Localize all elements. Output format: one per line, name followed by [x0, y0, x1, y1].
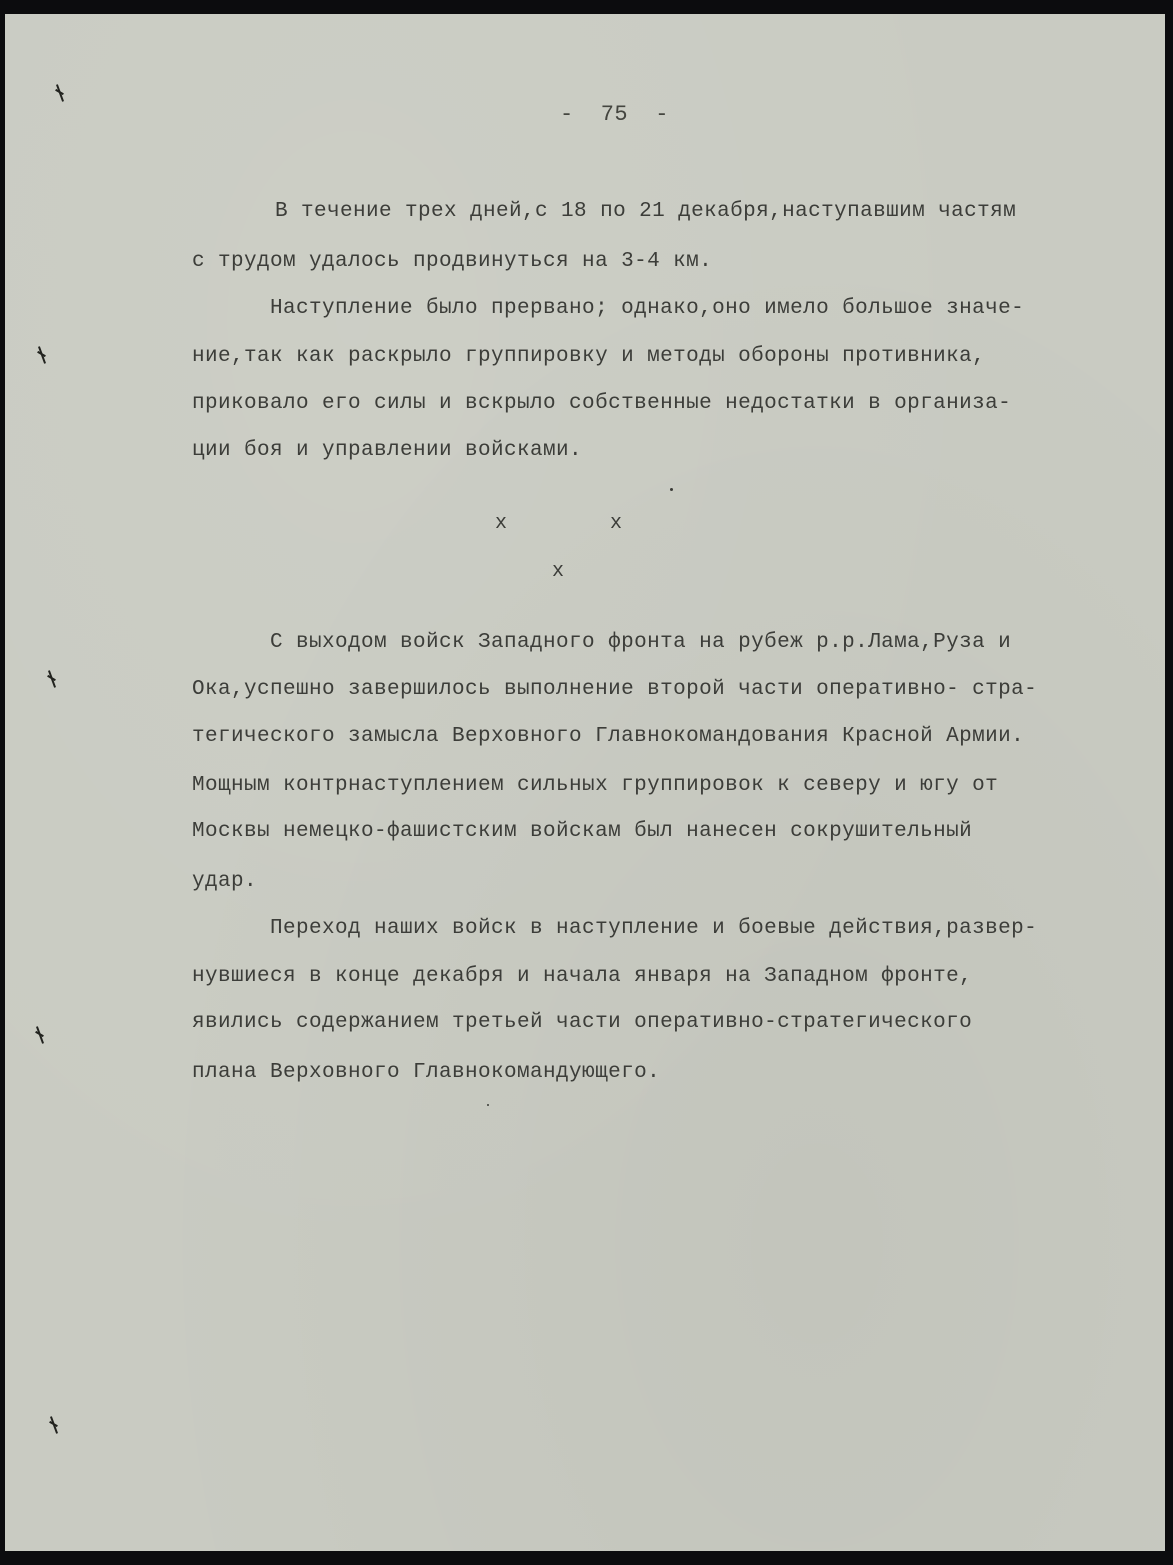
- document-page: - 75 - В течение трех дней,с 18 по 21 де…: [5, 14, 1165, 1551]
- paragraph-3-line-2: Ока,успешно завершилось выполнение второ…: [192, 678, 1037, 701]
- paragraph-4-line-2: нувшиеся в конце декабря и начала января…: [192, 965, 972, 988]
- paragraph-2-line-3: приковало его силы и вскрыло собственные…: [192, 392, 1011, 415]
- separator-mark-left: x: [495, 512, 507, 535]
- paragraph-3-line-5: Москвы немецко-фашистским войскам был на…: [192, 820, 972, 843]
- paragraph-3-line-6: удар.: [192, 870, 257, 893]
- paragraph-2-line-2: ние,так как раскрыло группировку и метод…: [192, 345, 985, 368]
- separator-mark-center: x: [552, 560, 564, 583]
- paragraph-1-line-2: с трудом удалось продвинуться на 3-4 км.: [192, 250, 712, 273]
- punch-hole-icon: [53, 82, 67, 104]
- paragraph-3-line-4: Мощным контрнаступлением сильных группир…: [192, 774, 998, 797]
- paragraph-4-line-3: явились содержанием третьей части операт…: [192, 1011, 972, 1034]
- punch-hole-icon: [45, 668, 59, 690]
- punch-hole-icon: [47, 1414, 61, 1436]
- paragraph-2-line-4: ции боя и управлении войсками.: [192, 439, 582, 462]
- paragraph-4-line-4: плана Верховного Главнокомандующего.: [192, 1061, 660, 1084]
- punch-hole-icon: [35, 344, 49, 366]
- paragraph-2-line-1: Наступление было прервано; однако,оно им…: [192, 297, 1024, 320]
- paragraph-4-line-1: Переход наших войск в наступление и боев…: [192, 917, 1037, 940]
- separator-mark-right: x: [610, 512, 622, 535]
- paragraph-1-line-1: В течение трех дней,с 18 по 21 декабря,н…: [197, 200, 1016, 223]
- paper-speck: [670, 488, 673, 491]
- punch-hole-icon: [33, 1024, 47, 1046]
- paragraph-3-line-1: С выходом войск Западного фронта на рубе…: [192, 631, 1011, 654]
- paper-speck: [487, 1104, 489, 1106]
- page-number: - 75 -: [560, 102, 669, 127]
- paragraph-3-line-3: тегического замысла Верховного Главноком…: [192, 725, 1024, 748]
